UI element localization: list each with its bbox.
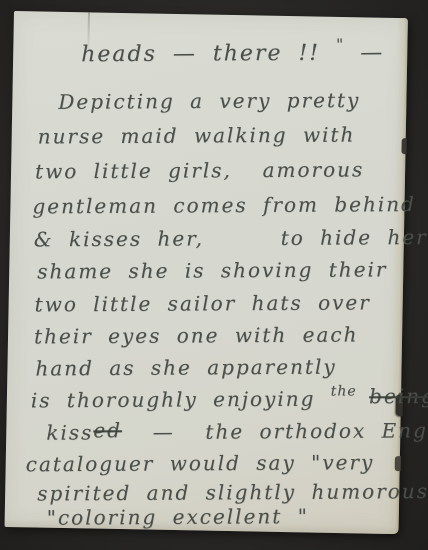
manuscript-page: heads — there !! " —Depicting a very pre… bbox=[5, 11, 408, 534]
handwritten-line: their eyes one with each bbox=[34, 322, 359, 348]
text-segment: — the orthodox Englished bbox=[122, 418, 428, 444]
handwritten-line: shame she is shoving their bbox=[37, 257, 387, 283]
handwritten-line: & kisses her, to hide her bbox=[34, 225, 428, 251]
text-segment: "coloring excellent " bbox=[47, 504, 309, 530]
text-segment: & kisses her, to hide her bbox=[34, 225, 428, 251]
handwritten-line: is thoroughly enjoying the being bbox=[31, 386, 428, 412]
strikethrough-word: being bbox=[369, 384, 428, 408]
text-segment: nurse maid walking with bbox=[38, 123, 356, 149]
text-segment: their eyes one with each bbox=[34, 322, 359, 348]
handwritten-line: two little sailor hats over bbox=[35, 290, 371, 316]
photo-background: heads — there !! " —Depicting a very pre… bbox=[0, 0, 428, 550]
text-segment: Depicting a very pretty bbox=[58, 88, 360, 114]
handwritten-line: "coloring excellent " bbox=[47, 504, 309, 530]
text-segment: gentleman comes from behind bbox=[32, 192, 416, 218]
handwritten-line: cataloguer would say "very bbox=[26, 450, 375, 476]
text-segment: hand as she apparently bbox=[35, 355, 336, 381]
strikethrough-word: ed bbox=[93, 418, 122, 442]
text-segment: two little sailor hats over bbox=[35, 290, 371, 316]
inserted-word: " bbox=[336, 36, 344, 54]
handwritten-line: spirited and slightly humorous bbox=[37, 479, 428, 505]
handwritten-line: kissed — the orthodox Englished bbox=[46, 418, 428, 445]
inserted-word: the bbox=[331, 383, 369, 399]
handwritten-line: Depicting a very pretty bbox=[58, 88, 360, 114]
handwriting-block: heads — there !! " —Depicting a very pre… bbox=[5, 11, 408, 534]
text-segment: cataloguer would say "very bbox=[26, 450, 375, 476]
text-segment: kiss bbox=[46, 420, 93, 444]
text-segment: shame she is shoving their bbox=[37, 257, 387, 283]
text-segment: heads — there !! bbox=[81, 41, 336, 68]
handwritten-line: hand as she apparently bbox=[35, 355, 336, 381]
handwritten-line: nurse maid walking with bbox=[38, 123, 356, 149]
text-segment: is thoroughly enjoying bbox=[31, 387, 331, 413]
text-segment: spirited and slightly humorous bbox=[37, 479, 428, 505]
handwritten-line: two little girls, amorous bbox=[35, 157, 364, 183]
handwritten-line: gentleman comes from behind bbox=[32, 192, 416, 218]
handwritten-line: heads — there !! " — bbox=[81, 40, 384, 67]
text-segment: two little girls, amorous bbox=[35, 157, 364, 183]
text-segment: — bbox=[344, 40, 384, 65]
